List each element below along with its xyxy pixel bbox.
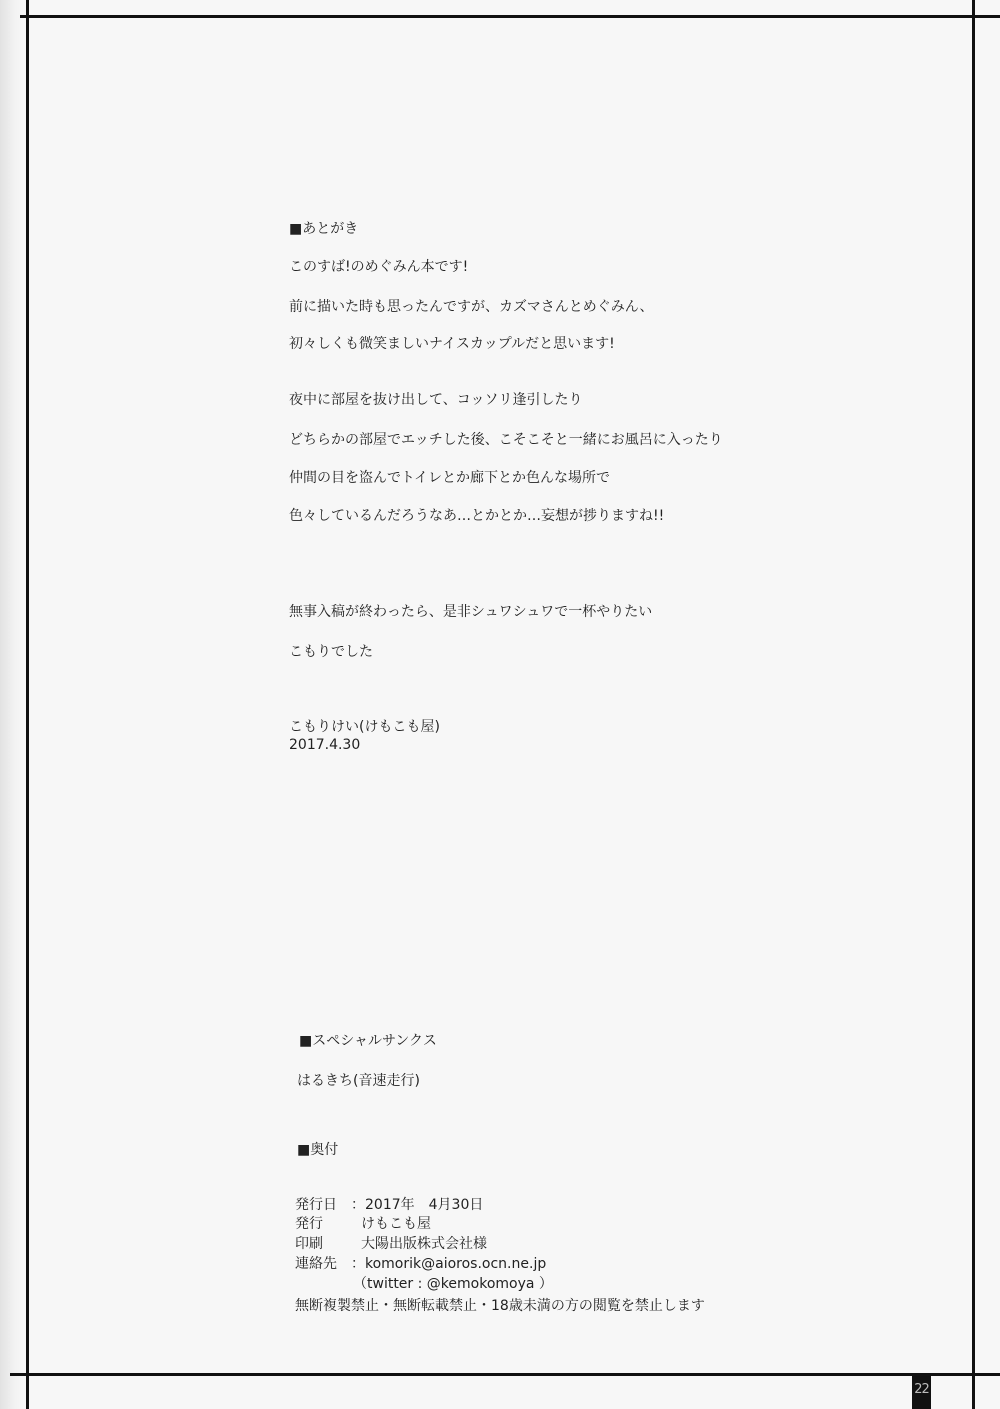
- colophon-label: 発行日: [295, 1197, 351, 1214]
- special-thanks-name: はるきち(音速走行): [297, 1070, 420, 1090]
- colophon-value: けもこも屋: [361, 1216, 431, 1232]
- author-signature: こもりけい(けもこも屋): [289, 719, 440, 736]
- afterword-line: こもりでした: [289, 641, 373, 661]
- afterword-line: このすば!のめぐみん本です!: [289, 256, 468, 276]
- afterword-line: 夜中に部屋を抜け出して、コッソリ逢引したり: [289, 389, 582, 409]
- frame-line-top: [20, 15, 1000, 18]
- colophon-value: 大陽出版株式会社様: [361, 1236, 487, 1252]
- afterword-heading: ■あとがき: [289, 218, 358, 238]
- frame-line-bottom: [10, 1373, 1000, 1376]
- twitter-handle: （twitter : @kemokomoya ）: [353, 1276, 553, 1292]
- colophon-value: 2017年 4月30日: [365, 1197, 483, 1213]
- colophon-row-contact: 連絡先：komorik@aioros.ocn.ne.jp: [295, 1256, 546, 1273]
- page-binding-edge: [0, 0, 24, 1409]
- colophon-row-twitter: （twitter : @kemokomoya ）: [295, 1276, 553, 1293]
- contact-email: komorik@aioros.ocn.ne.jp: [365, 1256, 546, 1272]
- afterword-line: 無事入稿が終わったら、是非シュワシュワで一杯やりたい: [289, 601, 652, 621]
- afterword-line: 色々しているんだろうなあ…とかとか…妄想が捗りますね!!: [289, 505, 664, 525]
- afterword-date: 2017.4.30: [289, 737, 360, 754]
- colophon-row-printer: 印刷大陽出版株式会社様: [295, 1236, 487, 1253]
- colophon-separator: ：: [351, 1256, 365, 1272]
- colophon-row-issue-date: 発行日：2017年 4月30日: [295, 1197, 483, 1214]
- frame-line-left: [26, 0, 29, 1409]
- afterword-line: 前に描いた時も思ったんですが、カズマさんとめぐみん、: [289, 296, 654, 316]
- special-thanks-heading: ■スペシャルサンクス: [299, 1030, 437, 1050]
- afterword-line: 仲間の目を盗んでトイレとか廊下とか色んな場所で: [289, 467, 610, 487]
- copyright-notice: 無断複製禁止・無断転載禁止・18歳未満の方の閲覧を禁止します: [295, 1298, 705, 1315]
- page-number: 22: [912, 1376, 931, 1409]
- afterword-line: どちらかの部屋でエッチした後、こそこそと一緒にお風呂に入ったり: [289, 429, 723, 449]
- colophon-row-publisher: 発行けもこも屋: [295, 1216, 431, 1233]
- colophon-label: 印刷: [295, 1236, 351, 1253]
- colophon-label: 発行: [295, 1216, 351, 1233]
- colophon-separator: ：: [351, 1197, 365, 1213]
- colophon-label: 連絡先: [295, 1256, 351, 1273]
- frame-line-right: [972, 0, 975, 1409]
- afterword-line: 初々しくも微笑ましいナイスカップルだと思います!: [289, 333, 615, 353]
- colophon-heading: ■奥付: [297, 1139, 338, 1159]
